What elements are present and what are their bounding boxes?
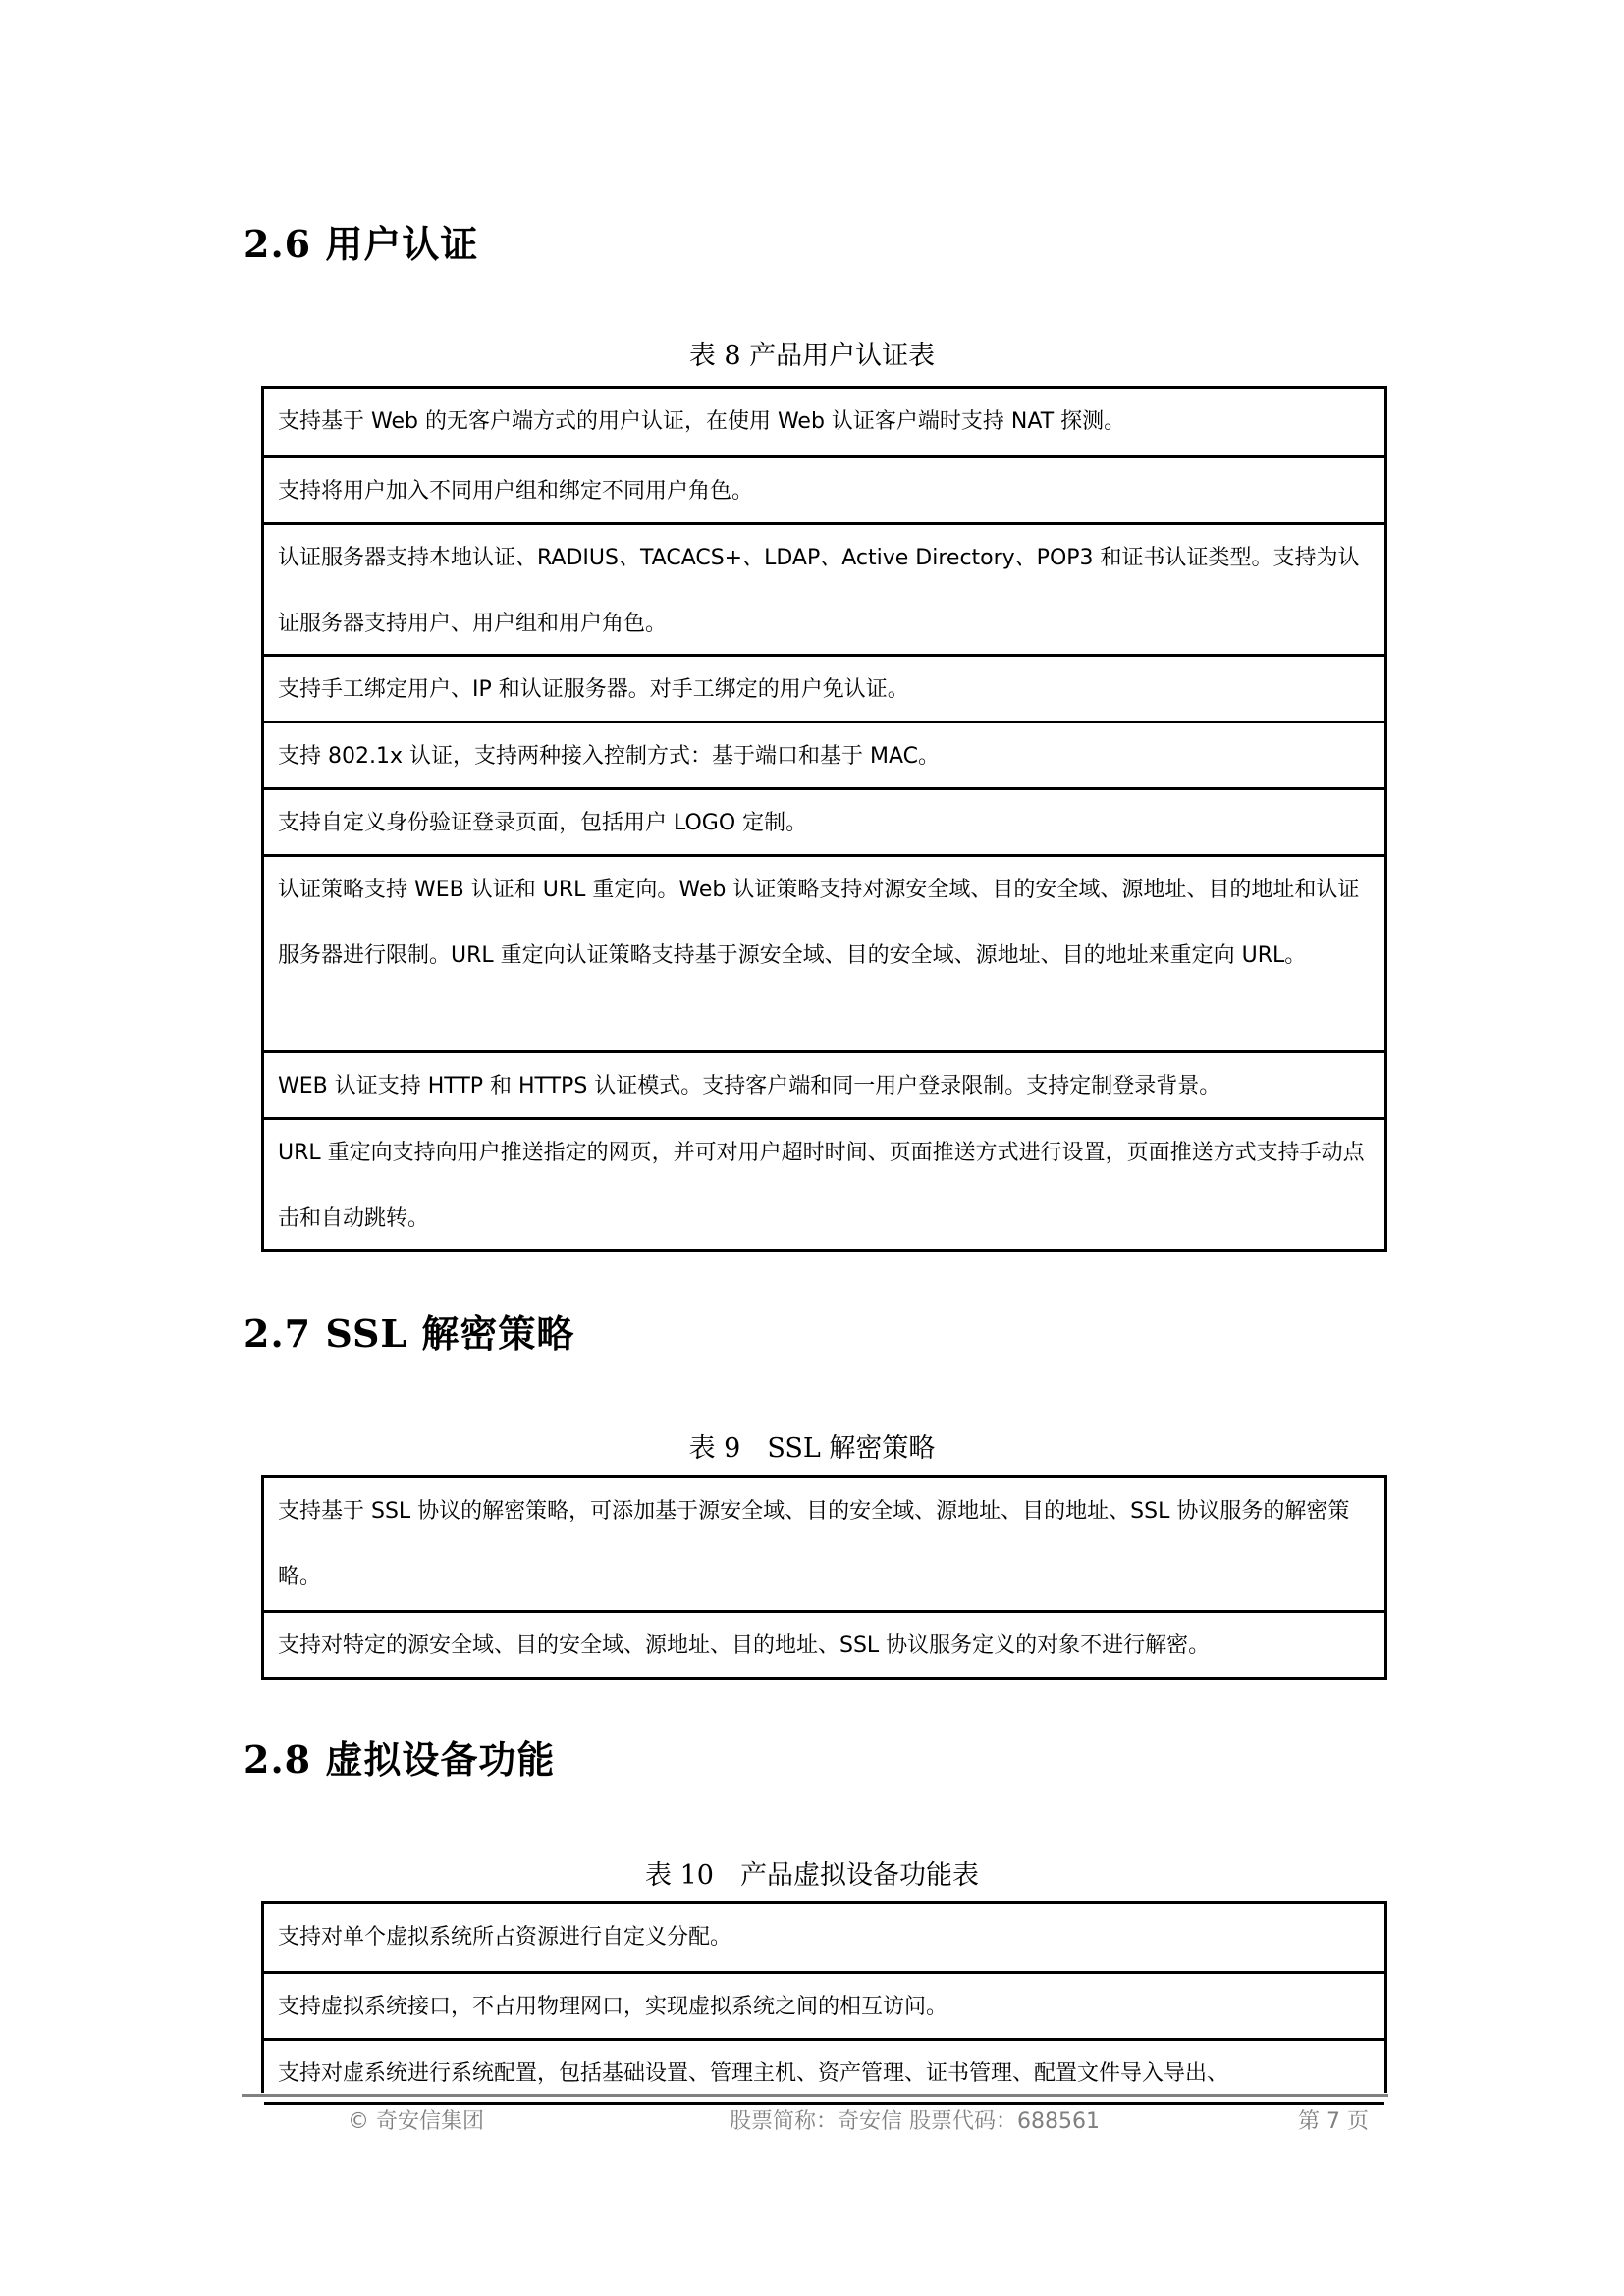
table-row: 支持虚拟系统接口，不占用物理网口，实现虚拟系统之间的相互访问。 — [264, 1971, 1384, 2038]
table-row: 支持将用户加入不同用户组和绑定不同用户角色。 — [264, 455, 1384, 522]
table-row: 支持 802.1x 认证，支持两种接入控制方式：基于端口和基于 MAC。 — [264, 721, 1384, 787]
footer-divider — [242, 2094, 1388, 2097]
table-row: 认证服务器支持本地认证、RADIUS、TACACS+、LDAP、Active D… — [264, 522, 1384, 654]
section-heading-user-auth: 2.6 用户认证 — [244, 214, 478, 268]
table-caption-10: 表 10 产品虚拟设备功能表 — [0, 1853, 1624, 1892]
footer-stock-info: 股票简称：奇安信 股票代码：688561 — [730, 2105, 1100, 2135]
table-caption-8: 表 8 产品用户认证表 — [0, 334, 1624, 372]
footer-page-number: 第 7 页 — [1298, 2105, 1369, 2135]
section-heading-ssl-decrypt: 2.7 SSL 解密策略 — [244, 1304, 574, 1358]
table-row: 支持自定义身份验证登录页面，包括用户 LOGO 定制。 — [264, 787, 1384, 854]
table-row: URL 重定向支持向用户推送指定的网页，并可对用户超时时间、页面推送方式进行设置… — [264, 1117, 1384, 1249]
table-row: 支持基于 SSL 协议的解密策略，可添加基于源安全域、目的安全域、源地址、目的地… — [264, 1478, 1384, 1610]
section-heading-virtual-device: 2.8 虚拟设备功能 — [244, 1730, 555, 1784]
virtual-device-table: 支持对单个虚拟系统所占资源进行自定义分配。 支持虚拟系统接口，不占用物理网口，实… — [261, 1901, 1387, 2093]
table-row: 支持手工绑定用户、IP 和认证服务器。对手工绑定的用户免认证。 — [264, 654, 1384, 721]
footer-copyright: © 奇安信集团 — [348, 2105, 484, 2135]
table-row: 支持基于 Web 的无客户端方式的用户认证，在使用 Web 认证客户端时支持 N… — [264, 389, 1384, 455]
table-row: 支持对特定的源安全域、目的安全域、源地址、目的地址、SSL 协议服务定义的对象不… — [264, 1610, 1384, 1677]
table-row: 认证策略支持 WEB 认证和 URL 重定向。Web 认证策略支持对源安全域、目… — [264, 854, 1384, 1050]
user-auth-table: 支持基于 Web 的无客户端方式的用户认证，在使用 Web 认证客户端时支持 N… — [261, 386, 1387, 1252]
table-row: 支持对单个虚拟系统所占资源进行自定义分配。 — [264, 1904, 1384, 1971]
table-caption-9: 表 9 SSL 解密策略 — [0, 1426, 1624, 1465]
ssl-decrypt-table: 支持基于 SSL 协议的解密策略，可添加基于源安全域、目的安全域、源地址、目的地… — [261, 1475, 1387, 1680]
table-row: WEB 认证支持 HTTP 和 HTTPS 认证模式。支持客户端和同一用户登录限… — [264, 1050, 1384, 1117]
